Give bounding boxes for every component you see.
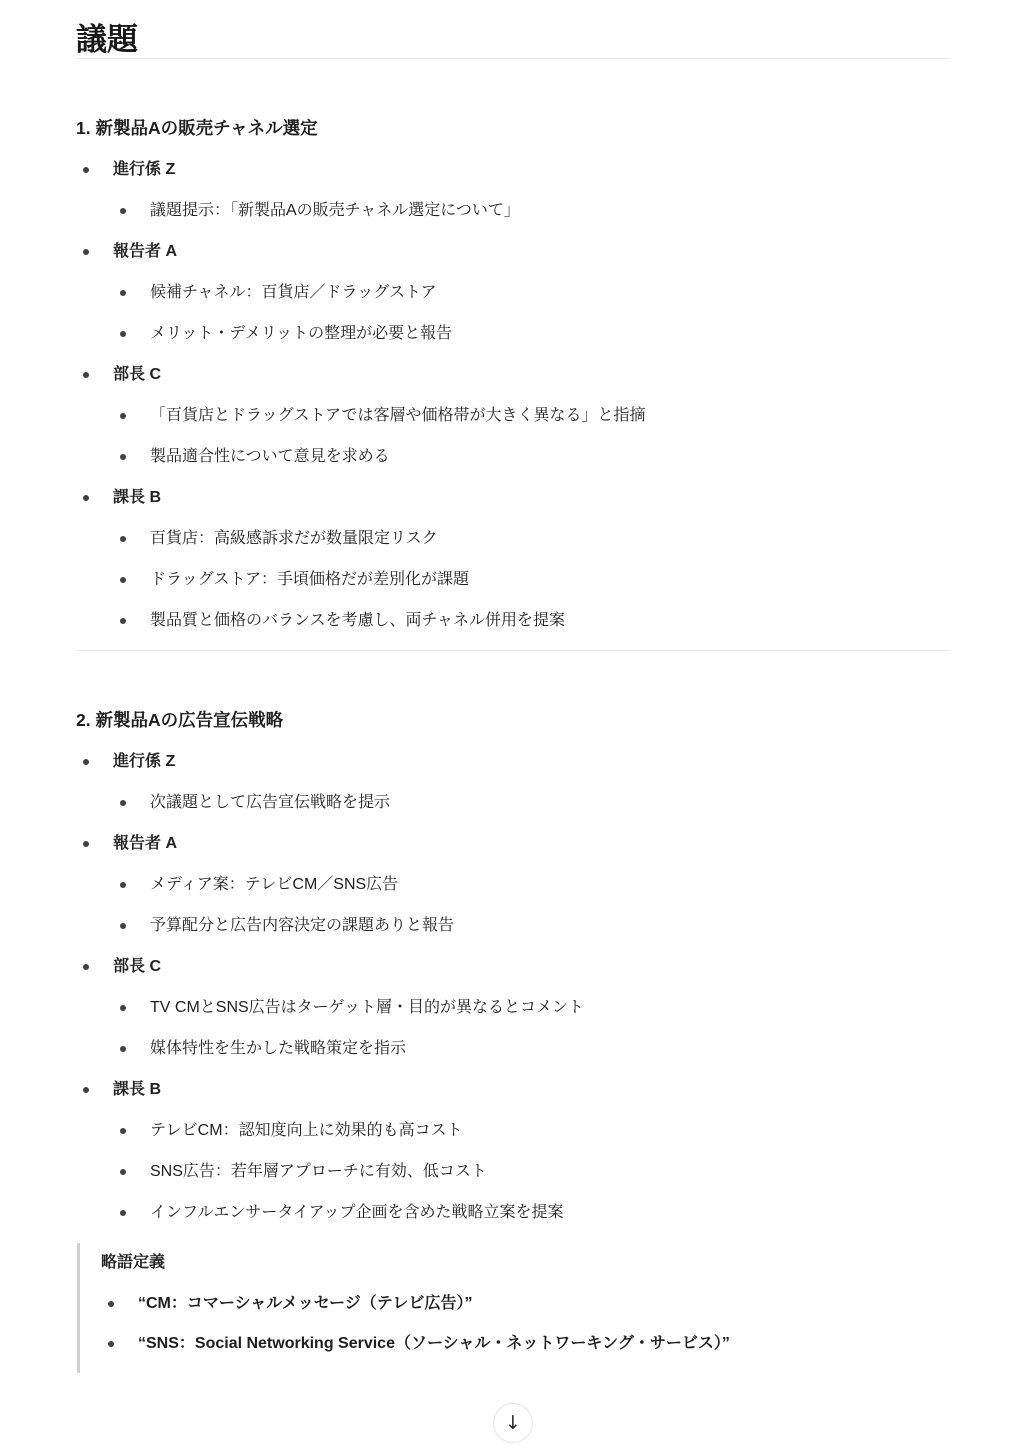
list-item: 議題提示：「新製品Aの販売チャネル選定について」: [113, 199, 950, 223]
list-item: TV CMとSNS広告はターゲット層・目的が異なるとコメント: [113, 996, 950, 1020]
quote-item-text: “CM：コマーシャルメッセージ（テレビ広告）”: [138, 1295, 472, 1312]
bullet-icon: [83, 841, 89, 847]
list-item-text: メリット・デメリットの整理が必要と報告: [150, 325, 452, 342]
bullet-icon: [120, 454, 126, 460]
list-item: 百貨店：高級感訴求だが数量限定リスク: [113, 527, 950, 551]
speaker-label: 報告者 A: [113, 243, 177, 260]
abbreviation-definitions-quote: 略語定義 “CM：コマーシャルメッセージ（テレビ広告）” “SNS：Social…: [77, 1243, 950, 1373]
list-item-text: 候補チャネル：百貨店／ドラッグストア: [150, 284, 437, 301]
list-item-text: ドラッグストア：手頃価格だが差別化が課題: [150, 571, 469, 588]
list-item: メディア案：テレビCM／SNS広告: [113, 873, 950, 897]
list-item: 次議題として広告宣伝戦略を提示: [113, 791, 950, 815]
section-advertising-strategy: 2. 新製品Aの広告宣伝戦略 進行係 Z 次議題として広告宣伝戦略を提示 報告者…: [76, 707, 950, 1225]
bullet-icon: [120, 1046, 126, 1052]
nested-list: 次議題として広告宣伝戦略を提示: [113, 791, 950, 815]
list-item: メリット・デメリットの整理が必要と報告: [113, 322, 950, 346]
list-item-text: 媒体特性を生かした戦略策定を指示: [150, 1040, 406, 1057]
bullet-icon: [120, 290, 126, 296]
bullet-list: 進行係 Z 次議題として広告宣伝戦略を提示 報告者 A メディア案：テレビCM／…: [76, 750, 950, 1225]
list-item-text: 製品適合性について意見を求める: [150, 448, 390, 465]
list-item: 報告者 A メディア案：テレビCM／SNS広告 予算配分と広告内容決定の課題あり…: [76, 832, 950, 938]
bullet-list: 進行係 Z 議題提示：「新製品Aの販売チャネル選定について」 報告者 A 候補チ…: [76, 158, 950, 633]
section-heading: 2. 新製品Aの広告宣伝戦略: [76, 707, 950, 733]
list-item-text: テレビCM：認知度向上に効果的も高コスト: [150, 1122, 463, 1139]
list-item-text: 議題提示：「新製品Aの販売チャネル選定について」: [150, 202, 520, 219]
list-item: 媒体特性を生かした戦略策定を指示: [113, 1037, 950, 1061]
list-item-text: 製品質と価格のバランスを考慮し、両チャネル併用を提案: [150, 612, 565, 629]
list-item: インフルエンサータイアップ企画を含めた戦略立案を提案: [113, 1201, 950, 1225]
quote-label: 略語定義: [101, 1251, 950, 1275]
list-item: 課長 B 百貨店：高級感訴求だが数量限定リスク ドラッグストア：手頃価格だが差別…: [76, 486, 950, 633]
speaker-label: 進行係 Z: [113, 753, 175, 770]
list-item: SNS広告：若年層アプローチに有効、低コスト: [113, 1160, 950, 1184]
section-heading: 1. 新製品Aの販売チャネル選定: [76, 115, 950, 141]
list-item-text: インフルエンサータイアップ企画を含めた戦略立案を提案: [150, 1204, 563, 1221]
nested-list: テレビCM：認知度向上に効果的も高コスト SNS広告：若年層アプローチに有効、低…: [113, 1119, 950, 1225]
bullet-icon: [120, 1169, 126, 1175]
bullet-icon: [120, 577, 126, 583]
arrow-down-icon: ↓: [505, 1414, 521, 1433]
bullet-icon: [120, 800, 126, 806]
list-item: 予算配分と広告内容決定の課題ありと報告: [113, 914, 950, 938]
list-item: 「百貨店とドラッグストアでは客層や価格帯が大きく異なる」と指摘: [113, 404, 950, 428]
quote-list: “CM：コマーシャルメッセージ（テレビ広告）” “SNS：Social Netw…: [101, 1292, 950, 1356]
bullet-icon: [120, 331, 126, 337]
list-item: 部長 C 「百貨店とドラッグストアでは客層や価格帯が大きく異なる」と指摘 製品適…: [76, 363, 950, 469]
list-item-text: TV CMとSNS広告はターゲット層・目的が異なるとコメント: [150, 999, 584, 1016]
list-item: 報告者 A 候補チャネル：百貨店／ドラッグストア メリット・デメリットの整理が必…: [76, 240, 950, 346]
quote-item-text: “SNS：Social Networking Service（ソーシャル・ネット…: [138, 1335, 730, 1352]
bullet-icon: [108, 1301, 114, 1307]
bullet-icon: [83, 167, 89, 173]
bullet-icon: [120, 1128, 126, 1134]
nested-list: 候補チャネル：百貨店／ドラッグストア メリット・デメリットの整理が必要と報告: [113, 281, 950, 346]
nested-list: 「百貨店とドラッグストアでは客層や価格帯が大きく異なる」と指摘 製品適合性につい…: [113, 404, 950, 469]
bullet-icon: [120, 923, 126, 929]
nested-list: メディア案：テレビCM／SNS広告 予算配分と広告内容決定の課題ありと報告: [113, 873, 950, 938]
list-item-text: 次議題として広告宣伝戦略を提示: [150, 794, 390, 811]
nested-list: 百貨店：高級感訴求だが数量限定リスク ドラッグストア：手頃価格だが差別化が課題 …: [113, 527, 950, 633]
list-item: 製品適合性について意見を求める: [113, 445, 950, 469]
scroll-down-button[interactable]: ↓: [493, 1403, 533, 1443]
bullet-icon: [83, 249, 89, 255]
bullet-icon: [83, 495, 89, 501]
bullet-icon: [120, 1005, 126, 1011]
bullet-icon: [120, 618, 126, 624]
list-item: “SNS：Social Networking Service（ソーシャル・ネット…: [101, 1332, 950, 1356]
list-item-text: 「百貨店とドラッグストアでは客層や価格帯が大きく異なる」と指摘: [150, 407, 646, 424]
list-item-text: メディア案：テレビCM／SNS広告: [150, 876, 398, 893]
bullet-icon: [120, 413, 126, 419]
bullet-icon: [108, 1341, 114, 1347]
bullet-icon: [83, 372, 89, 378]
speaker-label: 課長 B: [113, 1081, 161, 1098]
list-item: 課長 B テレビCM：認知度向上に効果的も高コスト SNS広告：若年層アプローチ…: [76, 1078, 950, 1225]
speaker-label: 進行係 Z: [113, 161, 175, 178]
speaker-label: 部長 C: [113, 958, 161, 975]
bullet-icon: [120, 536, 126, 542]
list-item: 候補チャネル：百貨店／ドラッグストア: [113, 281, 950, 305]
bullet-icon: [83, 759, 89, 765]
divider: [76, 650, 950, 651]
list-item: “CM：コマーシャルメッセージ（テレビ広告）”: [101, 1292, 950, 1316]
speaker-label: 報告者 A: [113, 835, 177, 852]
list-item-text: SNS広告：若年層アプローチに有効、低コスト: [150, 1163, 487, 1180]
nested-list: TV CMとSNS広告はターゲット層・目的が異なるとコメント 媒体特性を生かした…: [113, 996, 950, 1061]
speaker-label: 課長 B: [113, 489, 161, 506]
speaker-label: 部長 C: [113, 366, 161, 383]
document-content: 議題 1. 新製品Aの販売チャネル選定 進行係 Z 議題提示：「新製品Aの販売チ…: [0, 0, 1026, 1373]
list-item: ドラッグストア：手頃価格だが差別化が課題: [113, 568, 950, 592]
bullet-icon: [120, 208, 126, 214]
list-item: 製品質と価格のバランスを考慮し、両チャネル併用を提案: [113, 609, 950, 633]
bullet-icon: [120, 1210, 126, 1216]
list-item-text: 予算配分と広告内容決定の課題ありと報告: [150, 917, 454, 934]
divider: [76, 58, 950, 59]
nested-list: 議題提示：「新製品Aの販売チャネル選定について」: [113, 199, 950, 223]
bullet-icon: [83, 964, 89, 970]
list-item: 進行係 Z 次議題として広告宣伝戦略を提示: [76, 750, 950, 815]
page-title: 議題: [76, 22, 950, 58]
document-page: 議題 1. 新製品Aの販売チャネル選定 進行係 Z 議題提示：「新製品Aの販売チ…: [0, 0, 1026, 1445]
section-sales-channel: 1. 新製品Aの販売チャネル選定 進行係 Z 議題提示：「新製品Aの販売チャネル…: [76, 115, 950, 633]
bullet-icon: [120, 882, 126, 888]
list-item-text: 百貨店：高級感訴求だが数量限定リスク: [150, 530, 438, 547]
list-item: テレビCM：認知度向上に効果的も高コスト: [113, 1119, 950, 1143]
bullet-icon: [83, 1087, 89, 1093]
list-item: 部長 C TV CMとSNS広告はターゲット層・目的が異なるとコメント 媒体特性…: [76, 955, 950, 1061]
list-item: 進行係 Z 議題提示：「新製品Aの販売チャネル選定について」: [76, 158, 950, 223]
